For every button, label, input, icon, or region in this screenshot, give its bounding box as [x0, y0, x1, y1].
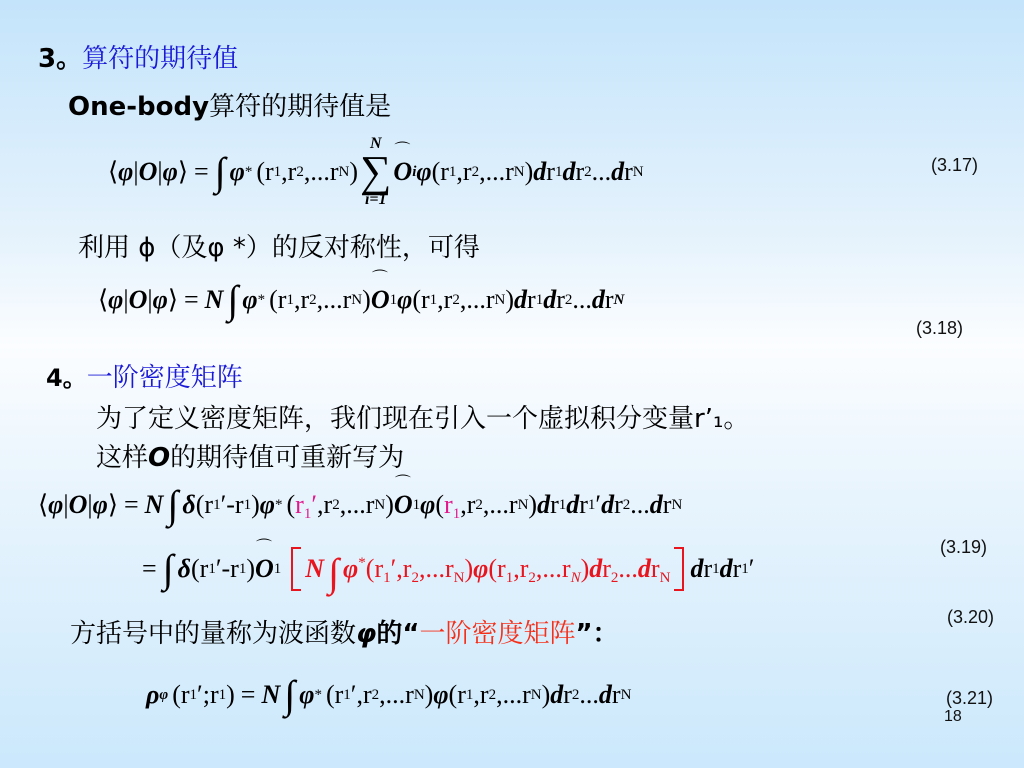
d: d [543, 285, 556, 315]
summation: N ∑ i=1 [360, 136, 391, 208]
r: r [374, 554, 383, 583]
r: r [527, 285, 536, 315]
r: r [509, 490, 518, 520]
prime: ′ [749, 554, 755, 584]
section-3-heading: 3。算符的期待值 [38, 38, 238, 75]
ellipsis: ... [486, 157, 506, 187]
rparen: ) [542, 680, 551, 710]
lparen: ( [269, 285, 278, 315]
r: r [210, 680, 219, 710]
n-symbol: N [305, 554, 324, 583]
r: r [457, 680, 466, 710]
lparen: ( [326, 680, 335, 710]
r: r [288, 157, 297, 187]
lparen: ( [435, 490, 444, 520]
rparen: ) [464, 554, 473, 583]
section-4-title: 一阶密度矩阵 [87, 363, 243, 393]
d: d [720, 554, 733, 584]
equation-number-3-19: (3.19) [940, 537, 987, 558]
r: r [467, 490, 476, 520]
ellipsis: ... [579, 680, 599, 710]
phi-symbol: φ [397, 285, 412, 315]
density-matrix-expression: N∫φ*(r1′,r2,...rN)φ(r1,r2,...rN)dr2...dr… [305, 554, 670, 584]
left-bracket [291, 547, 301, 591]
r: r [505, 157, 514, 187]
r: r [546, 157, 555, 187]
equation-3-19-line1: ⟨φ|O|φ⟩ = N ∫ δ(r1′-r1)φ* (r1′,r2,...rN)… [38, 482, 682, 528]
lparen: ( [488, 554, 497, 583]
r: r [497, 554, 506, 583]
operator-o: O [129, 285, 148, 314]
rparen: ) [581, 554, 590, 583]
r: r [181, 680, 190, 710]
r: r [612, 680, 621, 710]
ellipsis: ... [323, 285, 343, 315]
r: r [605, 285, 614, 315]
n-symbol: N [261, 680, 280, 710]
phi-conj: φ [230, 157, 245, 187]
lparen: ( [172, 680, 181, 710]
r: r [335, 680, 344, 710]
line2-prefix: 这样 [96, 443, 148, 473]
intro-one-body: One-body [68, 92, 209, 122]
r: r [602, 554, 611, 583]
equals-sign: = [142, 554, 157, 584]
d: d [550, 680, 563, 710]
d: d [690, 554, 703, 584]
operator-hat-o: O [394, 490, 413, 520]
ellipsis: ... [630, 490, 650, 520]
rparen: ) [385, 490, 394, 520]
sub: 2 [528, 570, 536, 586]
desc-suffix: ”： [575, 619, 618, 649]
equation-3-17: ⟨φ|O|φ⟩ = ∫ φ* (r1,r2,...rN) N ∑ i=1 Oiφ… [108, 132, 644, 212]
phi-symbol: φ [163, 157, 178, 187]
sub: 1 [383, 570, 391, 586]
d: d [566, 490, 579, 520]
n-symbol: N [145, 490, 164, 520]
section-4-heading: 4。一阶密度矩阵 [46, 357, 243, 394]
r: r [440, 157, 449, 187]
rparen: ) [226, 680, 235, 710]
star-superscript: * [358, 555, 366, 571]
phi-symbol: φ [153, 285, 168, 315]
rparen: ) [425, 680, 434, 710]
line2-suffix: 的期待值可重新写为 [170, 443, 404, 473]
lparen: ( [286, 490, 295, 520]
rparen: ) [528, 490, 537, 520]
ellipsis: ... [572, 285, 592, 315]
operator-o: O [139, 157, 158, 186]
operator-hat-o: O [371, 285, 390, 315]
sigma-symbol: ∑ [360, 152, 391, 192]
equals-sign: = [124, 490, 139, 520]
first-order-density-matrix-term: 一阶密度矩阵 [419, 619, 575, 649]
d: d [611, 157, 624, 187]
section-3-intro: One-body算符的期待值是 [68, 86, 391, 123]
desc-mid: 的“ [376, 619, 419, 649]
intro-suffix: 算符的期待值是 [209, 92, 391, 122]
operator-hat-o: O [393, 157, 412, 187]
phi-symbol: φ [433, 680, 448, 710]
r: r [200, 554, 209, 584]
section-4-line2: 这样O的期待值可重新写为 [96, 437, 404, 474]
page-number: 18 [944, 708, 962, 726]
equation-number-3-21: (3.21) [946, 688, 993, 709]
d: d [592, 285, 605, 315]
delta-symbol: δ [178, 554, 191, 584]
r: r [563, 680, 572, 710]
r: r [300, 285, 309, 315]
delta-symbol: δ [182, 490, 195, 520]
phi-symbol: φ [48, 490, 63, 520]
ellipsis: ... [425, 554, 445, 583]
sub: N [660, 570, 671, 586]
r: r [445, 554, 454, 583]
d: d [638, 554, 651, 583]
r: r [522, 680, 531, 710]
r: r [363, 680, 372, 710]
rho-symbol: ρ [146, 680, 159, 710]
phi-symbol: φ [118, 157, 133, 187]
semicolon: ; [203, 680, 210, 710]
r: r [324, 490, 333, 520]
r: r [444, 490, 453, 519]
equals-sign: = [184, 285, 199, 315]
r: r [575, 157, 584, 187]
d: d [537, 490, 550, 520]
d: d [533, 157, 546, 187]
r: r [480, 680, 489, 710]
operator-o: O [69, 490, 88, 519]
lparen: ( [191, 554, 200, 584]
operator-hat-o: O [255, 554, 274, 584]
langle-symbol: ⟨ [98, 285, 108, 315]
desc-prefix: 方括号中的量称为波函数 [70, 619, 356, 649]
sub: N [571, 570, 581, 586]
rparen: ) [505, 285, 514, 315]
sub: N [454, 570, 465, 586]
r: r [579, 490, 588, 520]
rparen: ) [525, 157, 534, 187]
section-3-number: 3。 [38, 44, 82, 74]
langle-symbol: ⟨ [38, 490, 48, 520]
rparen: ) [246, 554, 255, 584]
r: r [703, 554, 712, 584]
d: d [589, 554, 602, 583]
r: r [624, 157, 633, 187]
section-4-line1: 为了定义密度矩阵，我们现在引入一个虚拟积分变量r’₁。 [96, 398, 749, 435]
ellipsis: ... [542, 554, 562, 583]
equation-number-3-20: (3.20) [947, 607, 994, 628]
sub: 1 [453, 506, 461, 522]
d: d [514, 285, 527, 315]
phi-symbol: φ [108, 285, 123, 315]
ellipsis: ... [386, 680, 406, 710]
r: r [663, 490, 672, 520]
rparen: ) [251, 490, 260, 520]
bracket-description: 方括号中的量称为波函数φ的“一阶密度矩阵”： [70, 613, 619, 650]
phi-conj: φ [242, 285, 257, 315]
integral-sign: ∫ [328, 550, 339, 595]
r: r [235, 490, 244, 520]
rparen: ) [349, 157, 358, 187]
lparen: ( [412, 285, 421, 315]
r1-highlight: r1 [444, 490, 460, 520]
phi-symbol: φ [356, 619, 376, 649]
ellipsis: ... [489, 490, 509, 520]
d: d [562, 157, 575, 187]
d: d [599, 680, 612, 710]
ellipsis: ... [466, 285, 486, 315]
operator-o: O [148, 443, 170, 473]
ellipsis: ... [346, 490, 366, 520]
r: r [230, 554, 239, 584]
r: r [330, 157, 339, 187]
d: d [601, 490, 614, 520]
r: r [204, 490, 213, 520]
r: r [444, 285, 453, 315]
phi-symbol: φ [93, 490, 108, 520]
r: r [295, 490, 304, 519]
equation-3-19-line2: = ∫ δ(r1′-r1)O1 N∫φ*(r1′,r2,...rN)φ(r1,r… [142, 544, 754, 594]
phi-conj: φ [260, 490, 275, 520]
lparen: ( [256, 157, 265, 187]
equation-3-21: ρφ (r1′;r1) = N ∫ φ* (r1′,r2,...rN)φ(r1,… [146, 670, 631, 720]
rangle-symbol: ⟩ [178, 157, 188, 187]
r: r [733, 554, 742, 584]
section-4-number: 4。 [46, 364, 87, 392]
r: r [550, 490, 559, 520]
n-symbol: N [205, 285, 224, 315]
r1-prime-highlight: r1′ [295, 490, 317, 520]
r: r [343, 285, 352, 315]
lparen: ( [432, 157, 441, 187]
equation-3-18: ⟨φ|O|φ⟩ = N ∫ φ* (r1,r2,...rN)O1φ(r1,r2,… [98, 270, 624, 330]
r: r [651, 554, 660, 583]
r: r [265, 157, 274, 187]
minus: - [222, 554, 231, 584]
rangle-symbol: ⟩ [168, 285, 178, 315]
antisymmetry-text: 利用 ϕ（及φ *）的反对称性，可得 [78, 227, 480, 264]
r: r [614, 490, 623, 520]
section-3-title: 算符的期待值 [82, 44, 238, 74]
phi-symbol: φ [473, 554, 488, 583]
rangle-symbol: ⟩ [108, 490, 118, 520]
r: r [278, 285, 287, 315]
right-bracket [674, 547, 684, 591]
langle-symbol: ⟨ [108, 157, 118, 187]
phi-conj: φ [343, 554, 358, 583]
ellipsis: ... [618, 554, 638, 583]
r: r [463, 157, 472, 187]
ellipsis: ... [592, 157, 612, 187]
lparen: ( [449, 680, 458, 710]
ellipsis: ... [310, 157, 330, 187]
phi-symbol: φ [416, 157, 431, 187]
r: r [562, 554, 571, 583]
sub: 2 [411, 570, 419, 586]
r: r [366, 490, 375, 520]
equals-sign: = [194, 157, 209, 187]
lparen: ( [196, 490, 205, 520]
phi-conj: φ [299, 680, 314, 710]
equation-number-3-18: (3.18) [916, 318, 963, 339]
phi-symbol: φ [420, 490, 435, 520]
r: r [556, 285, 565, 315]
d: d [650, 490, 663, 520]
equals-sign: = [241, 680, 256, 710]
r: r [421, 285, 430, 315]
rparen: ) [362, 285, 371, 315]
r: r [486, 285, 495, 315]
ellipsis: ... [503, 680, 523, 710]
minus: - [226, 490, 235, 520]
r: r [405, 680, 414, 710]
equation-number-3-17: (3.17) [931, 155, 978, 176]
